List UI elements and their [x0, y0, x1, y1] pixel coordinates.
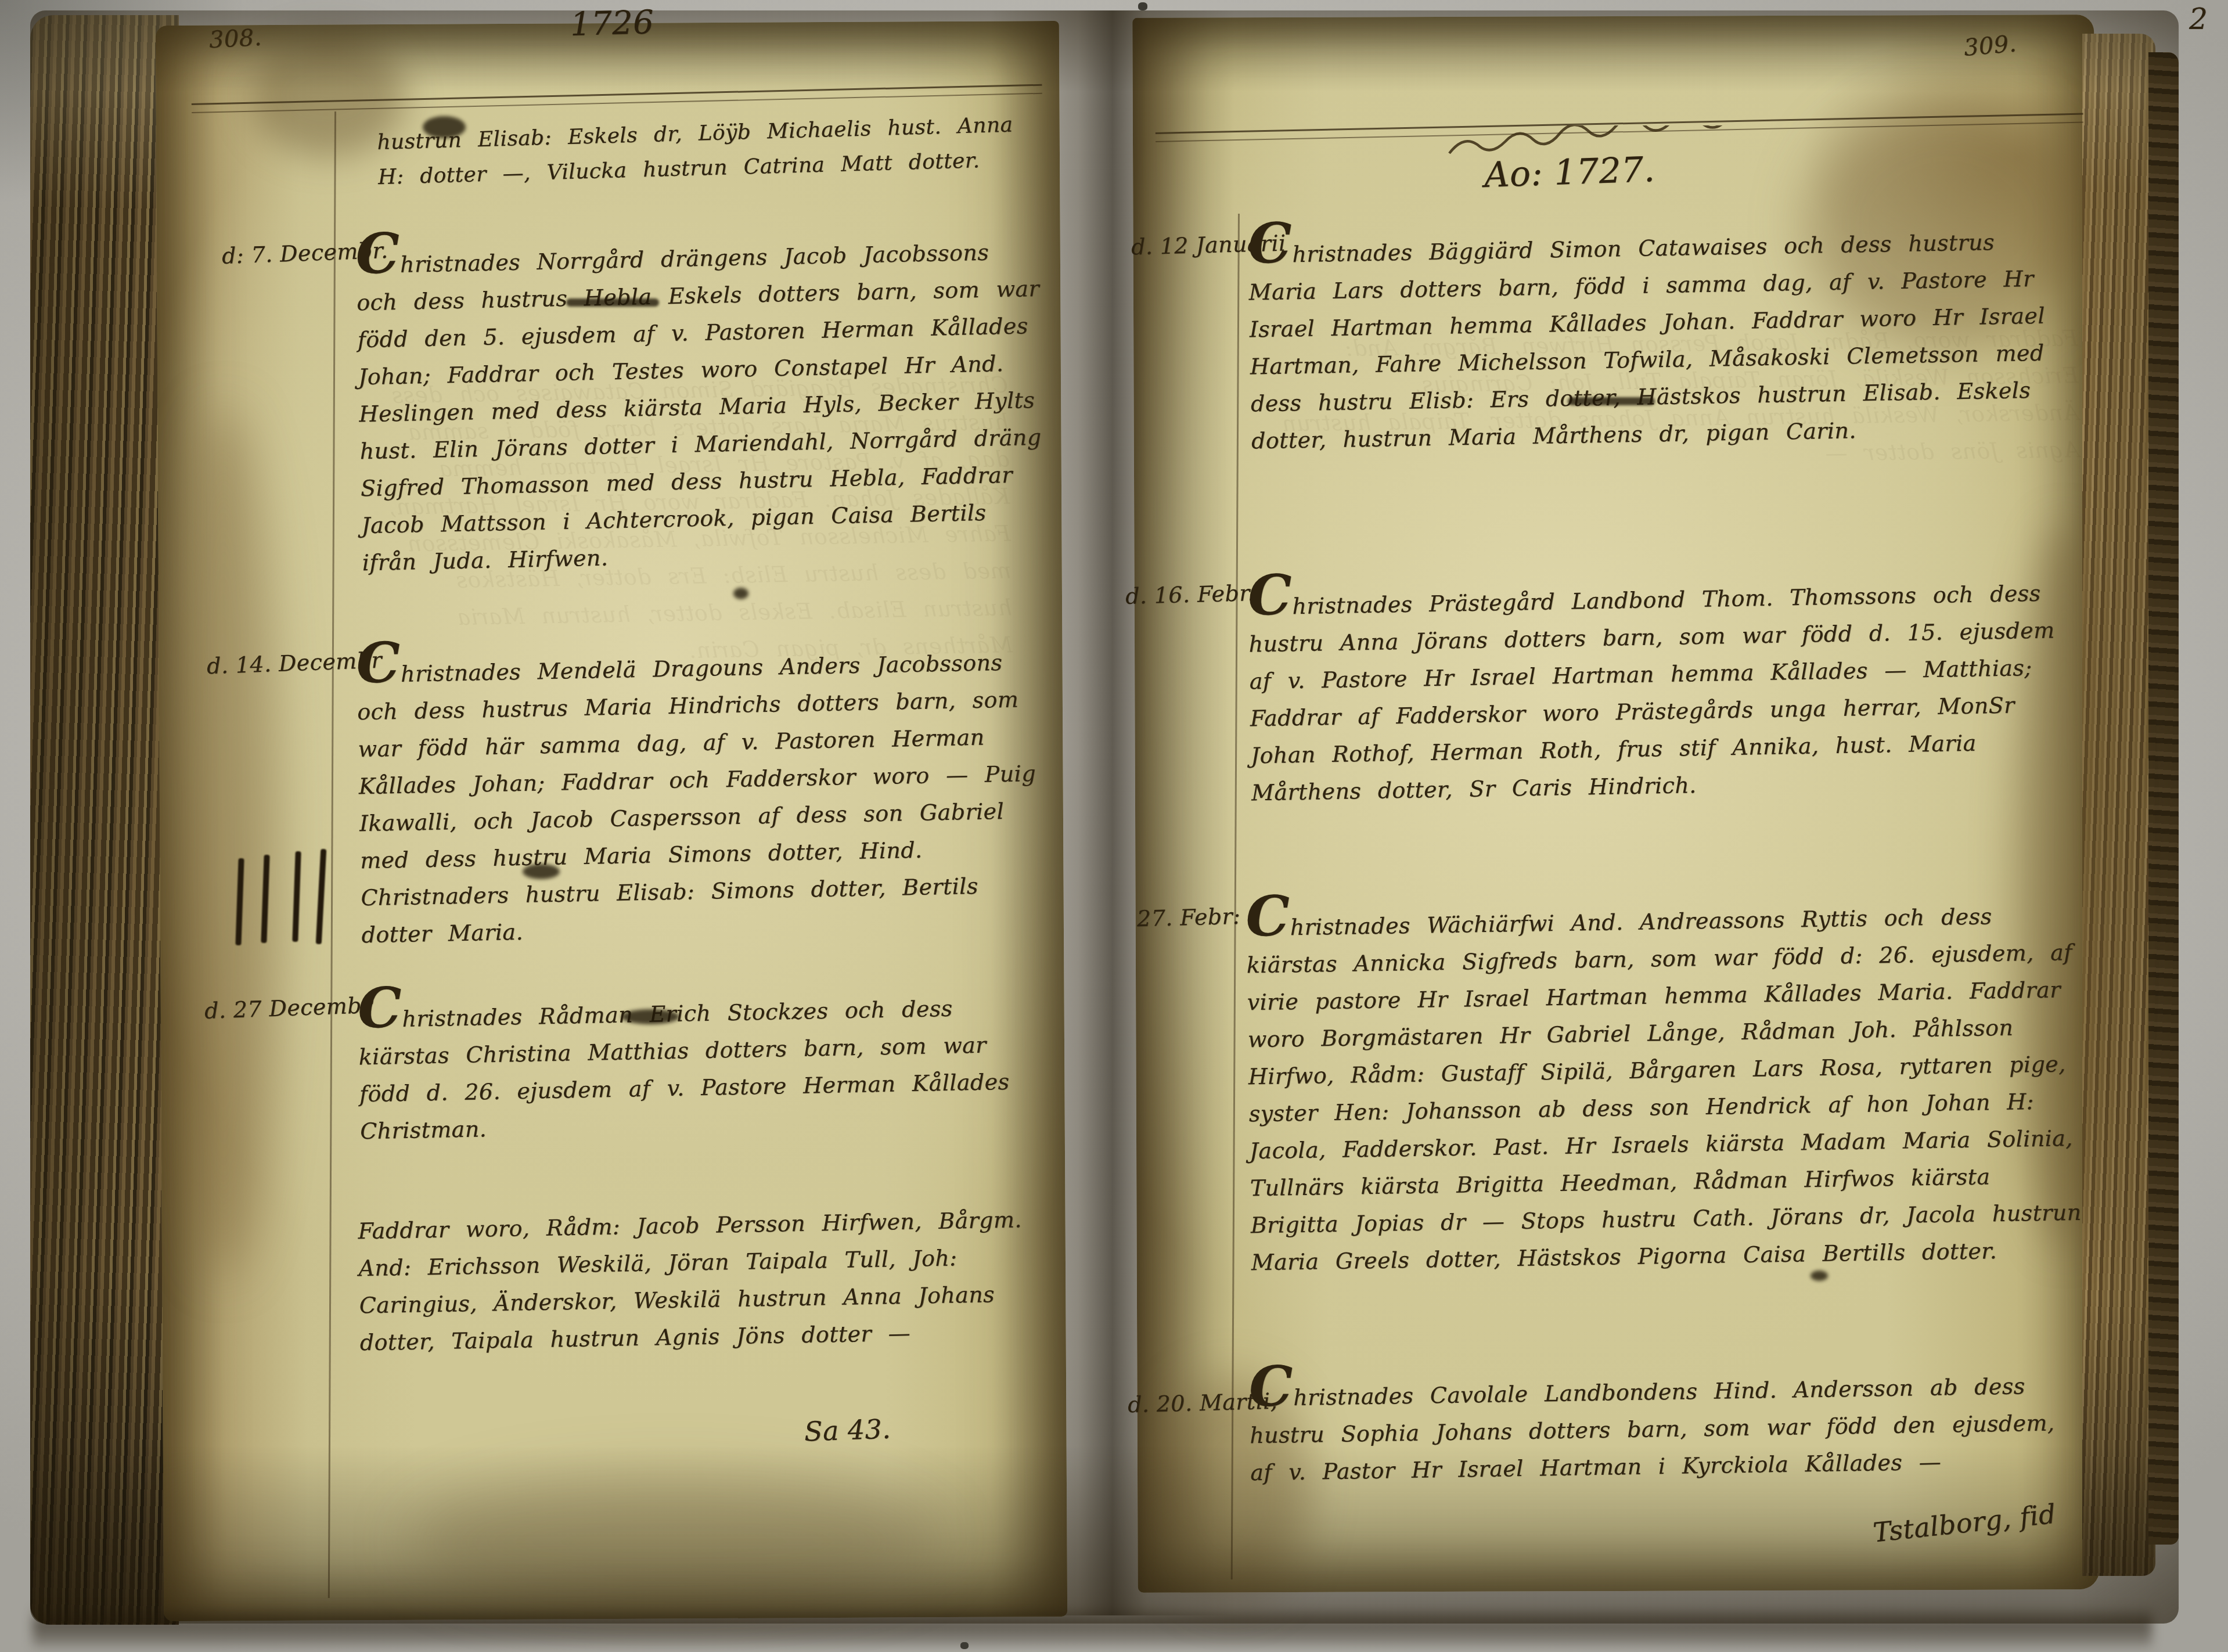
margin-date: d. 16. Febr. [1125, 580, 1255, 609]
entry-text: Christnades Wächiärfwi And. Andreassons … [1246, 884, 2090, 1282]
book-shadow [33, 1606, 2152, 1647]
manuscript-photo: Christnades Bäggiärd Simon Catawaises oc… [0, 0, 2228, 1652]
ink-blot [621, 1009, 679, 1024]
stain [168, 406, 279, 1277]
corner-mark: 2 [2189, 2, 2208, 36]
ink-blot [423, 116, 466, 138]
strikethrough-mark [1568, 397, 1655, 405]
right-year-heading: Ao: 1727. [1484, 149, 1655, 196]
entry-text: Christnades Rådman Erich Stockzes och de… [357, 976, 1048, 1150]
entry-text: Christnades Cavolale Landbondens Hind. A… [1248, 1355, 2081, 1491]
book-cover-right [2148, 52, 2179, 1545]
edge-speck [960, 1642, 969, 1649]
ink-blot [733, 588, 748, 599]
stain [406, 1475, 941, 1608]
strikethrough-mark [566, 298, 659, 307]
ink-blot [1811, 1271, 1828, 1281]
left-page-number: 308. [208, 24, 262, 54]
left-year-heading: 1726 [570, 3, 654, 44]
entry-witnesses-text: Faddrar woro, Rådm: Jacob Persson Hirfwe… [358, 1201, 1048, 1362]
edge-speck [1138, 2, 1147, 10]
entry-text: Christnades Norrgård drängens Jacob Jaco… [355, 221, 1048, 582]
right-page-number: 309. [1963, 30, 2017, 62]
entry-text: Christnades Prästegård Landbond Thom. Th… [1248, 562, 2082, 812]
summary-total: Sa 43. [804, 1413, 891, 1447]
entry-text: Christnades Mendelä Dragouns Anders Jaco… [356, 631, 1047, 954]
ink-blot [523, 864, 560, 879]
entry-text: Christnades Bäggiärd Simon Catawaises oc… [1248, 210, 2082, 460]
margin-date: 27. Febr: [1136, 904, 1240, 932]
